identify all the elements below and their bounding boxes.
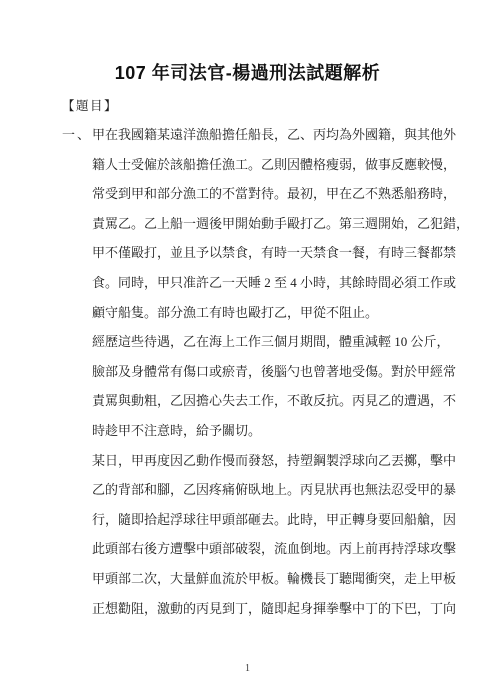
- text-line: 臉部及身體常有傷口或瘀青，後腦勺也曾著地受傷。對於甲經常: [92, 357, 434, 387]
- text-line: 甲在我國籍某遠洋漁船擔任船長，乙、丙均為外國籍，與其他外: [92, 120, 434, 150]
- text-line: 籍人士受僱於該船擔任漁工。乙則因體格瘦弱，做事反應較慢，: [92, 150, 434, 180]
- text-line: 此頭部右後方遭擊中頭部破裂，流血倒地。丙上前再持浮球攻擊: [92, 534, 434, 564]
- text-line: 正想勸阻，激動的丙見到丁，隨即起身揮拳擊中丁的下巴，丁向: [92, 594, 434, 624]
- text-line: 乙的背部和腳，乙因疼痛俯臥地上。丙見狀再也無法忍受甲的暴: [92, 475, 434, 505]
- paragraph-marker: 一、: [62, 120, 92, 150]
- text-line: 責罵與動粗，乙因擔心失去工作，不敢反抗。丙見乙的遭遇，不: [92, 386, 434, 416]
- text-line: 時趁甲不注意時，給予關切。: [92, 416, 434, 446]
- text-line: 顧守船隻。部分漁工有時也毆打乙，甲從不阻止。: [92, 298, 434, 328]
- paragraph: 一、甲在我國籍某遠洋漁船擔任船長，乙、丙均為外國籍，與其他外籍人士受僱於該船擔任…: [62, 120, 434, 327]
- text-line: 行，隨即拾起浮球往甲頭部砸去。此時，甲正轉身要回船艙，因: [92, 505, 434, 535]
- text-line: 某日，甲再度因乙動作慢而發怒，持塑鋼製浮球向乙丟擲，擊中: [92, 446, 434, 476]
- document-page: 107 年司法官-楊過刑法試題解析 【題目】 一、甲在我國籍某遠洋漁船擔任船長，…: [0, 0, 495, 700]
- text-line: 甲不僅毆打，並且予以禁食，有時一天禁食一餐，有時三餐都禁: [92, 238, 434, 268]
- paragraph: 經歷這些待遇，乙在海上工作三個月期間，體重減輕 10 公斤，臉部及身體常有傷口或…: [62, 327, 434, 445]
- section-header-question: 【題目】: [62, 96, 118, 114]
- page-title: 107 年司法官-楊過刑法試題解析: [0, 59, 495, 85]
- text-line: 甲頭部二次，大量鮮血流於甲板。輪機長丁聽聞衝突，走上甲板: [92, 564, 434, 594]
- page-number: 1: [0, 663, 495, 674]
- paragraph: 某日，甲再度因乙動作慢而發怒，持塑鋼製浮球向乙丟擲，擊中乙的背部和腳，乙因疼痛俯…: [62, 446, 434, 624]
- text-line: 常受到甲和部分漁工的不當對待。最初，甲在乙不熟悉船務時，: [92, 179, 434, 209]
- text-line: 食。同時，甲只准許乙一天睡 2 至 4 小時，其餘時間必須工作或: [92, 268, 434, 298]
- text-line: 經歷這些待遇，乙在海上工作三個月期間，體重減輕 10 公斤，: [92, 327, 434, 357]
- body-text: 一、甲在我國籍某遠洋漁船擔任船長，乙、丙均為外國籍，與其他外籍人士受僱於該船擔任…: [62, 120, 434, 623]
- text-line: 責罵乙。乙上船一週後甲開始動手毆打乙。第三週開始，乙犯錯，: [92, 209, 434, 239]
